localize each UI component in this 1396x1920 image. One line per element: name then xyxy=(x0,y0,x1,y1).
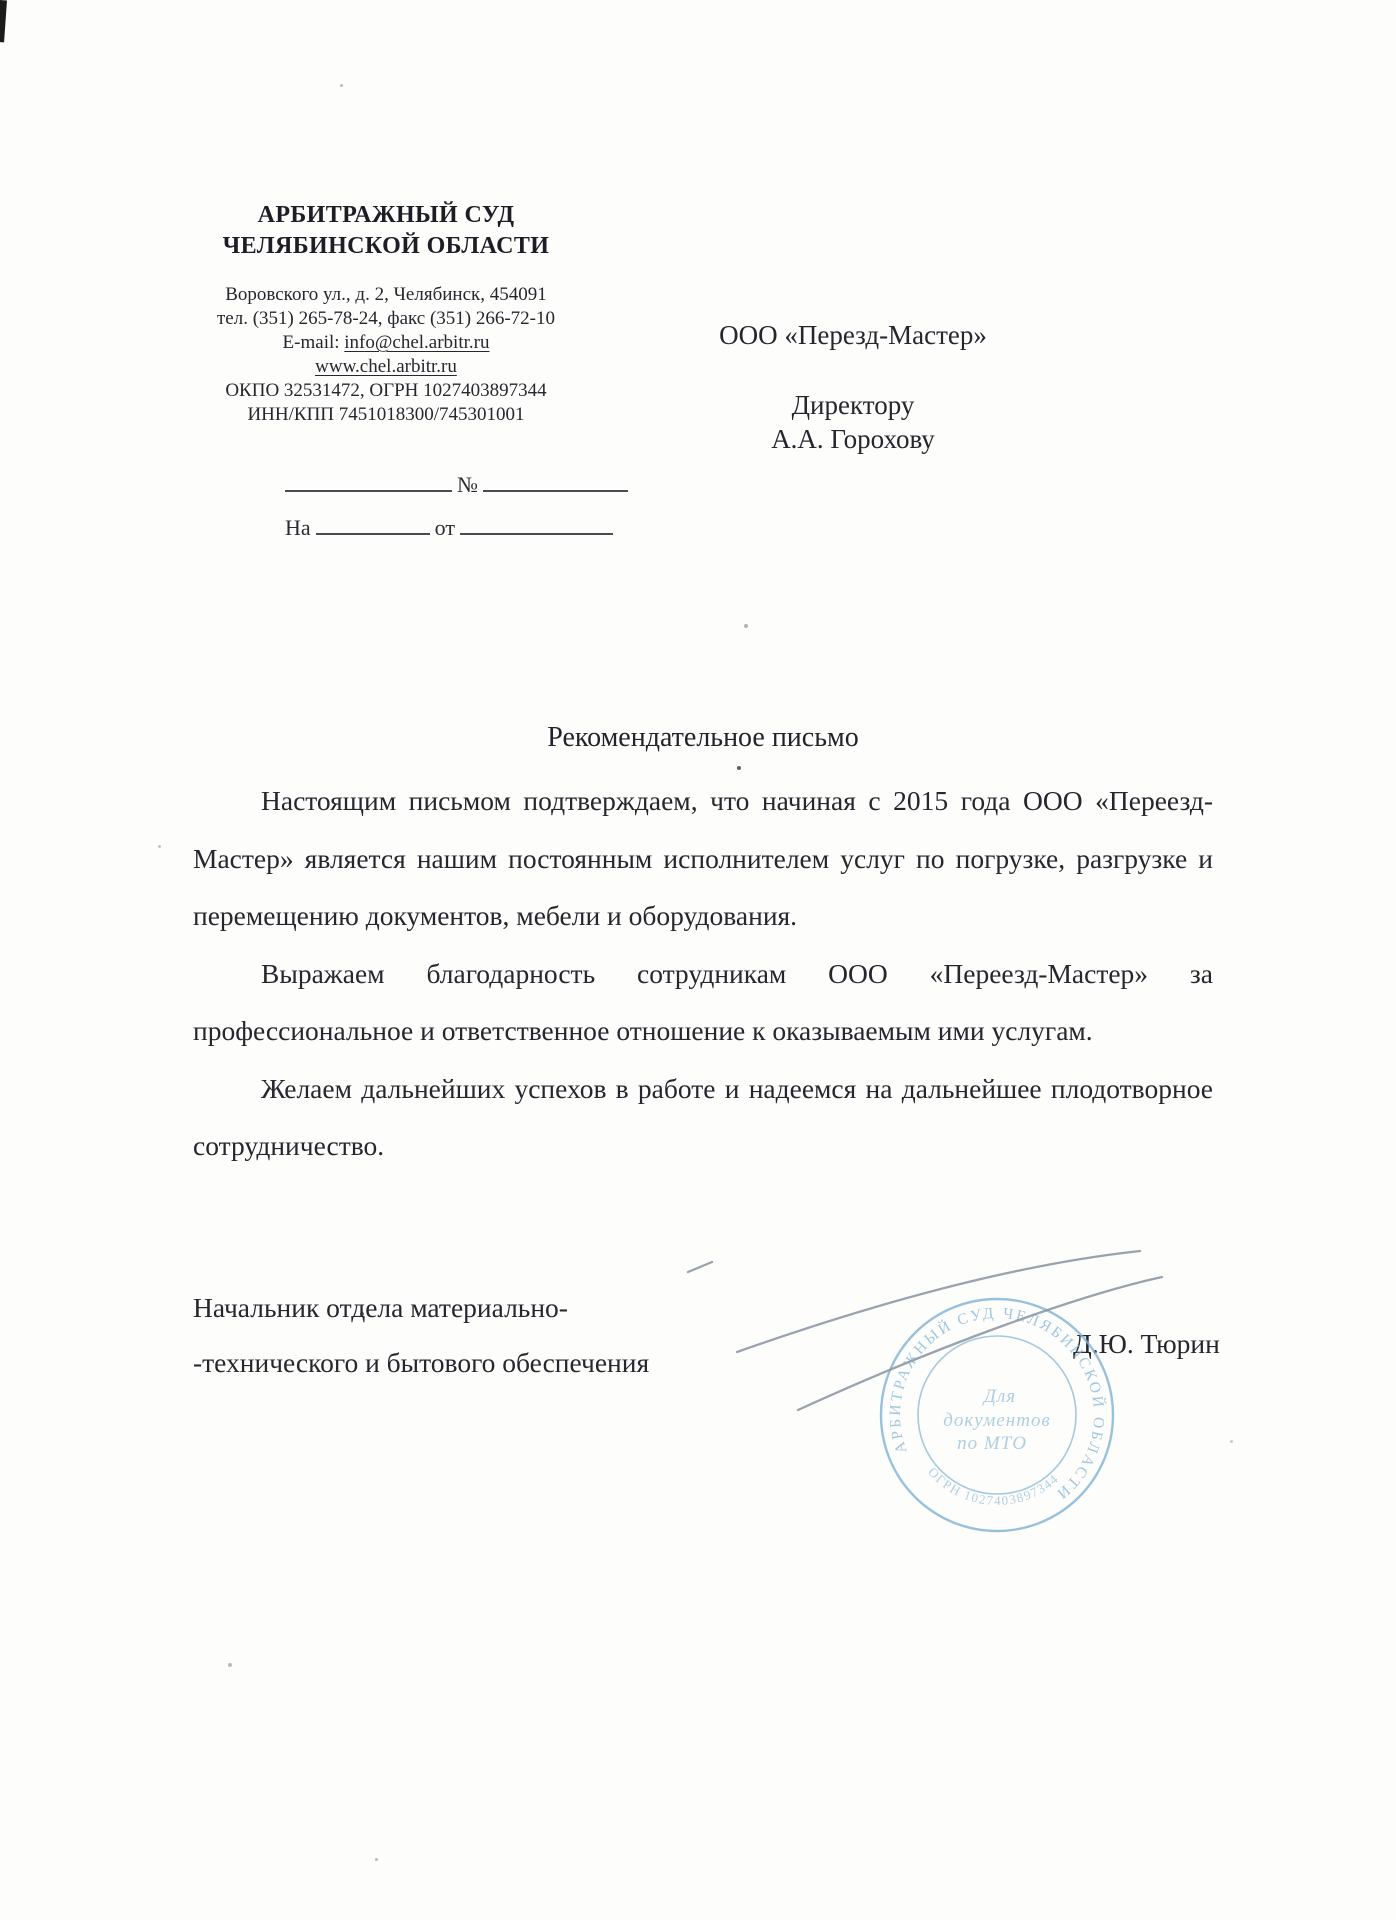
stamp-center-line3: по МТО xyxy=(957,1433,1027,1454)
recipient-position: Директору xyxy=(705,388,1001,422)
body-paragraph: Желаем дальнейших успехов в работе и над… xyxy=(193,1060,1213,1175)
letterhead-phone-fax: тел. (351) 265-78-24, факс (351) 266-72-… xyxy=(185,307,587,331)
recipient-person: А.А. Горохову xyxy=(705,422,1001,456)
court-name-line2: ЧЕЛЯБИНСКОЙ ОБЛАСТИ xyxy=(185,231,587,262)
svg-text:ОГРН 1027403897344: ОГРН 1027403897344 xyxy=(925,1464,1061,1508)
signer-position-line1: Начальник отдела материально- xyxy=(193,1280,649,1335)
reference-number-line: № xyxy=(285,471,633,514)
letter-title: Рекомендательное письмо xyxy=(193,722,1213,754)
body-paragraph: Настоящим письмом подтверждаем, что начи… xyxy=(193,772,1213,945)
ot-label: от xyxy=(435,515,455,540)
letterhead-okpo-ogrn: ОКПО 32531472, ОГРН 1027403897344 xyxy=(185,379,587,403)
official-stamp: АРБИТРАЖНЫЙ СУД ЧЕЛЯБИНСКОЙ ОБЛАСТИ ОГРН… xyxy=(640,1230,1200,1630)
na-label: На xyxy=(285,515,311,540)
scan-speck xyxy=(340,84,343,87)
signature-stroke xyxy=(688,1262,712,1272)
stamp-center-line1: Для xyxy=(982,1386,1016,1407)
scan-speck xyxy=(158,845,161,848)
court-name-line1: АРБИТРАЖНЫЙ СУД xyxy=(185,200,587,231)
scan-speck xyxy=(1230,1440,1233,1443)
scan-speck xyxy=(744,624,748,628)
scan-speck xyxy=(375,1858,378,1861)
letterhead: АРБИТРАЖНЫЙ СУД ЧЕЛЯБИНСКОЙ ОБЛАСТИ Воро… xyxy=(185,200,587,427)
stamp-ink: АРБИТРАЖНЫЙ СУД ЧЕЛЯБИНСКОЙ ОБЛАСТИ ОГРН… xyxy=(854,1272,1139,1556)
email-address: info@chel.arbitr.ru xyxy=(344,332,489,353)
stamp-ogrn-text: ОГРН 1027403897344 xyxy=(925,1464,1061,1508)
letterhead-website: www.chel.arbitr.ru xyxy=(185,355,587,379)
reply-number-blank-field xyxy=(316,514,430,535)
scan-speck xyxy=(228,1663,232,1667)
recipient-company: ООО «Перезд-Мастер» xyxy=(705,320,1001,351)
scan-corner-artifact xyxy=(0,0,7,42)
reference-block: № Наот xyxy=(285,471,633,557)
recipient-block: ООО «Перезд-Мастер» Директору А.А. Горох… xyxy=(705,320,1001,456)
signer-position: Начальник отдела материально- -техническ… xyxy=(193,1280,649,1390)
letterhead-address: Воровского ул., д. 2, Челябинск, 454091 xyxy=(185,283,587,307)
reply-date-blank-field xyxy=(460,514,613,535)
reference-reply-line: Наот xyxy=(285,514,633,557)
number-sign: № xyxy=(457,472,478,497)
stray-dot xyxy=(737,766,741,770)
recipient-director: Директору А.А. Горохову xyxy=(705,388,1001,456)
letterhead-email-line: E-mail: info@chel.arbitr.ru xyxy=(185,331,587,355)
letterhead-details: Воровского ул., д. 2, Челябинск, 454091 … xyxy=(185,283,587,427)
number-blank-field xyxy=(483,471,628,492)
signature-stroke xyxy=(798,1277,1162,1410)
court-name: АРБИТРАЖНЫЙ СУД ЧЕЛЯБИНСКОЙ ОБЛАСТИ xyxy=(185,200,587,262)
letterhead-inn-kpp: ИНН/КПП 7451018300/745301001 xyxy=(185,403,587,427)
letter-body: Настоящим письмом подтверждаем, что начи… xyxy=(193,772,1213,1175)
scanned-letter-page: АРБИТРАЖНЫЙ СУД ЧЕЛЯБИНСКОЙ ОБЛАСТИ Воро… xyxy=(0,0,1396,1920)
email-label: E-mail: xyxy=(283,332,345,353)
signer-position-line2: -технического и бытового обеспечения xyxy=(193,1335,649,1390)
body-paragraph: Выражаем благодарность сотрудникам ООО «… xyxy=(193,945,1213,1060)
date-blank-field xyxy=(285,471,452,492)
stamp-center-line2: документов xyxy=(943,1410,1050,1431)
